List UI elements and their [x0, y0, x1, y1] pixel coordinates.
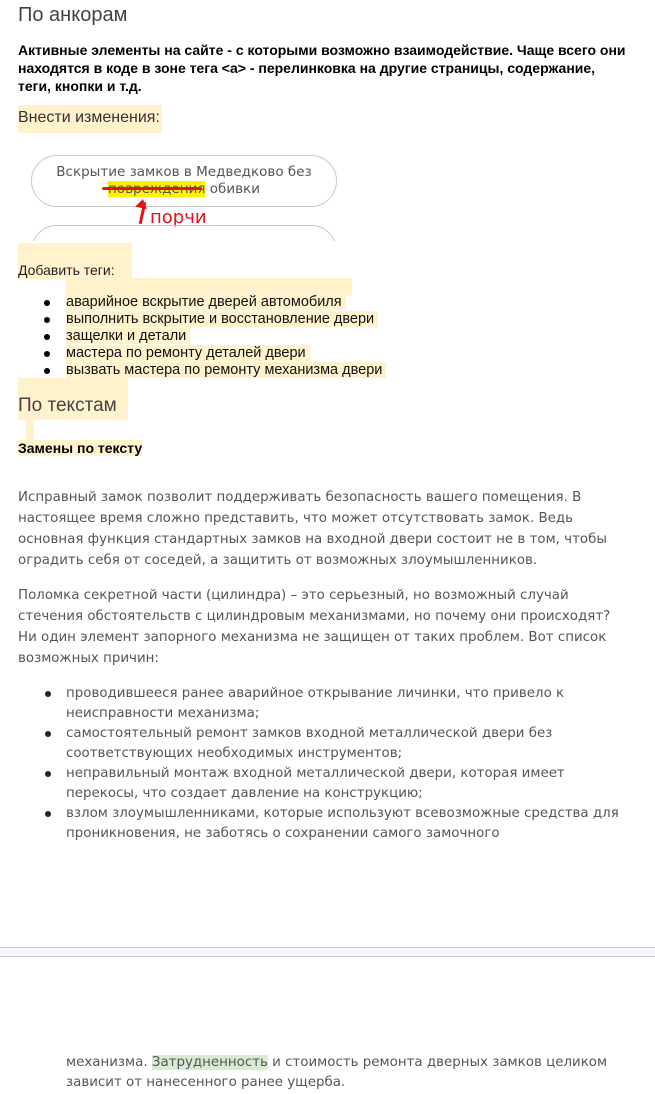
paragraph: Исправный замок позволит поддерживать бе…	[18, 487, 623, 571]
tag-item: выполнить вскрытие и восстановление двер…	[18, 311, 386, 328]
section-title-texts: По текстам	[18, 395, 117, 417]
reason-item: самостоятельный ремонт замков входной ме…	[18, 724, 623, 764]
arrow-head-icon	[135, 198, 149, 209]
anchors-description: Активные элементы на сайте - с которыми …	[18, 41, 628, 95]
tag-item: защелки и детали	[18, 328, 386, 345]
strikethrough-mark	[102, 187, 202, 190]
tag-item: аварийное вскрытие дверей автомобиля	[18, 294, 386, 311]
continuation-paragraph: механизма. Затрудненность и стоимость ре…	[66, 1053, 626, 1093]
reason-item: неправильный монтаж входной металлическо…	[18, 764, 623, 804]
replacements-subtitle: Замены по тексту	[18, 440, 142, 456]
annotated-screenshot: Вскрытие замков в Медведково без поврежд…	[18, 143, 358, 241]
anchor-pill-button-2	[31, 225, 337, 241]
make-changes-label: Внести изменения:	[18, 105, 162, 133]
tag-item: вызвать мастера по ремонту механизма две…	[18, 362, 386, 379]
tag-item: мастера по ремонту деталей двери	[18, 345, 386, 362]
paragraph: Поломка секретной части (цилиндра) – это…	[18, 585, 623, 669]
anchor-pill-button: Вскрытие замков в Медведково без поврежд…	[31, 155, 337, 207]
reason-item: взлом злоумышленниками, которые использу…	[18, 804, 623, 844]
reason-item: проводившееся ранее аварийное открывание…	[18, 684, 623, 724]
add-tags-label: Добавить теги:	[18, 262, 115, 278]
highlighted-word: Затрудненность	[152, 1055, 268, 1070]
tags-list: аварийное вскрытие дверей автомобиля вып…	[18, 294, 386, 379]
section-title-anchors: По анкорам	[18, 4, 127, 27]
reasons-list: проводившееся ранее аварийное открывание…	[18, 684, 623, 844]
highlight-block	[26, 420, 34, 440]
page-break-divider	[0, 947, 655, 957]
